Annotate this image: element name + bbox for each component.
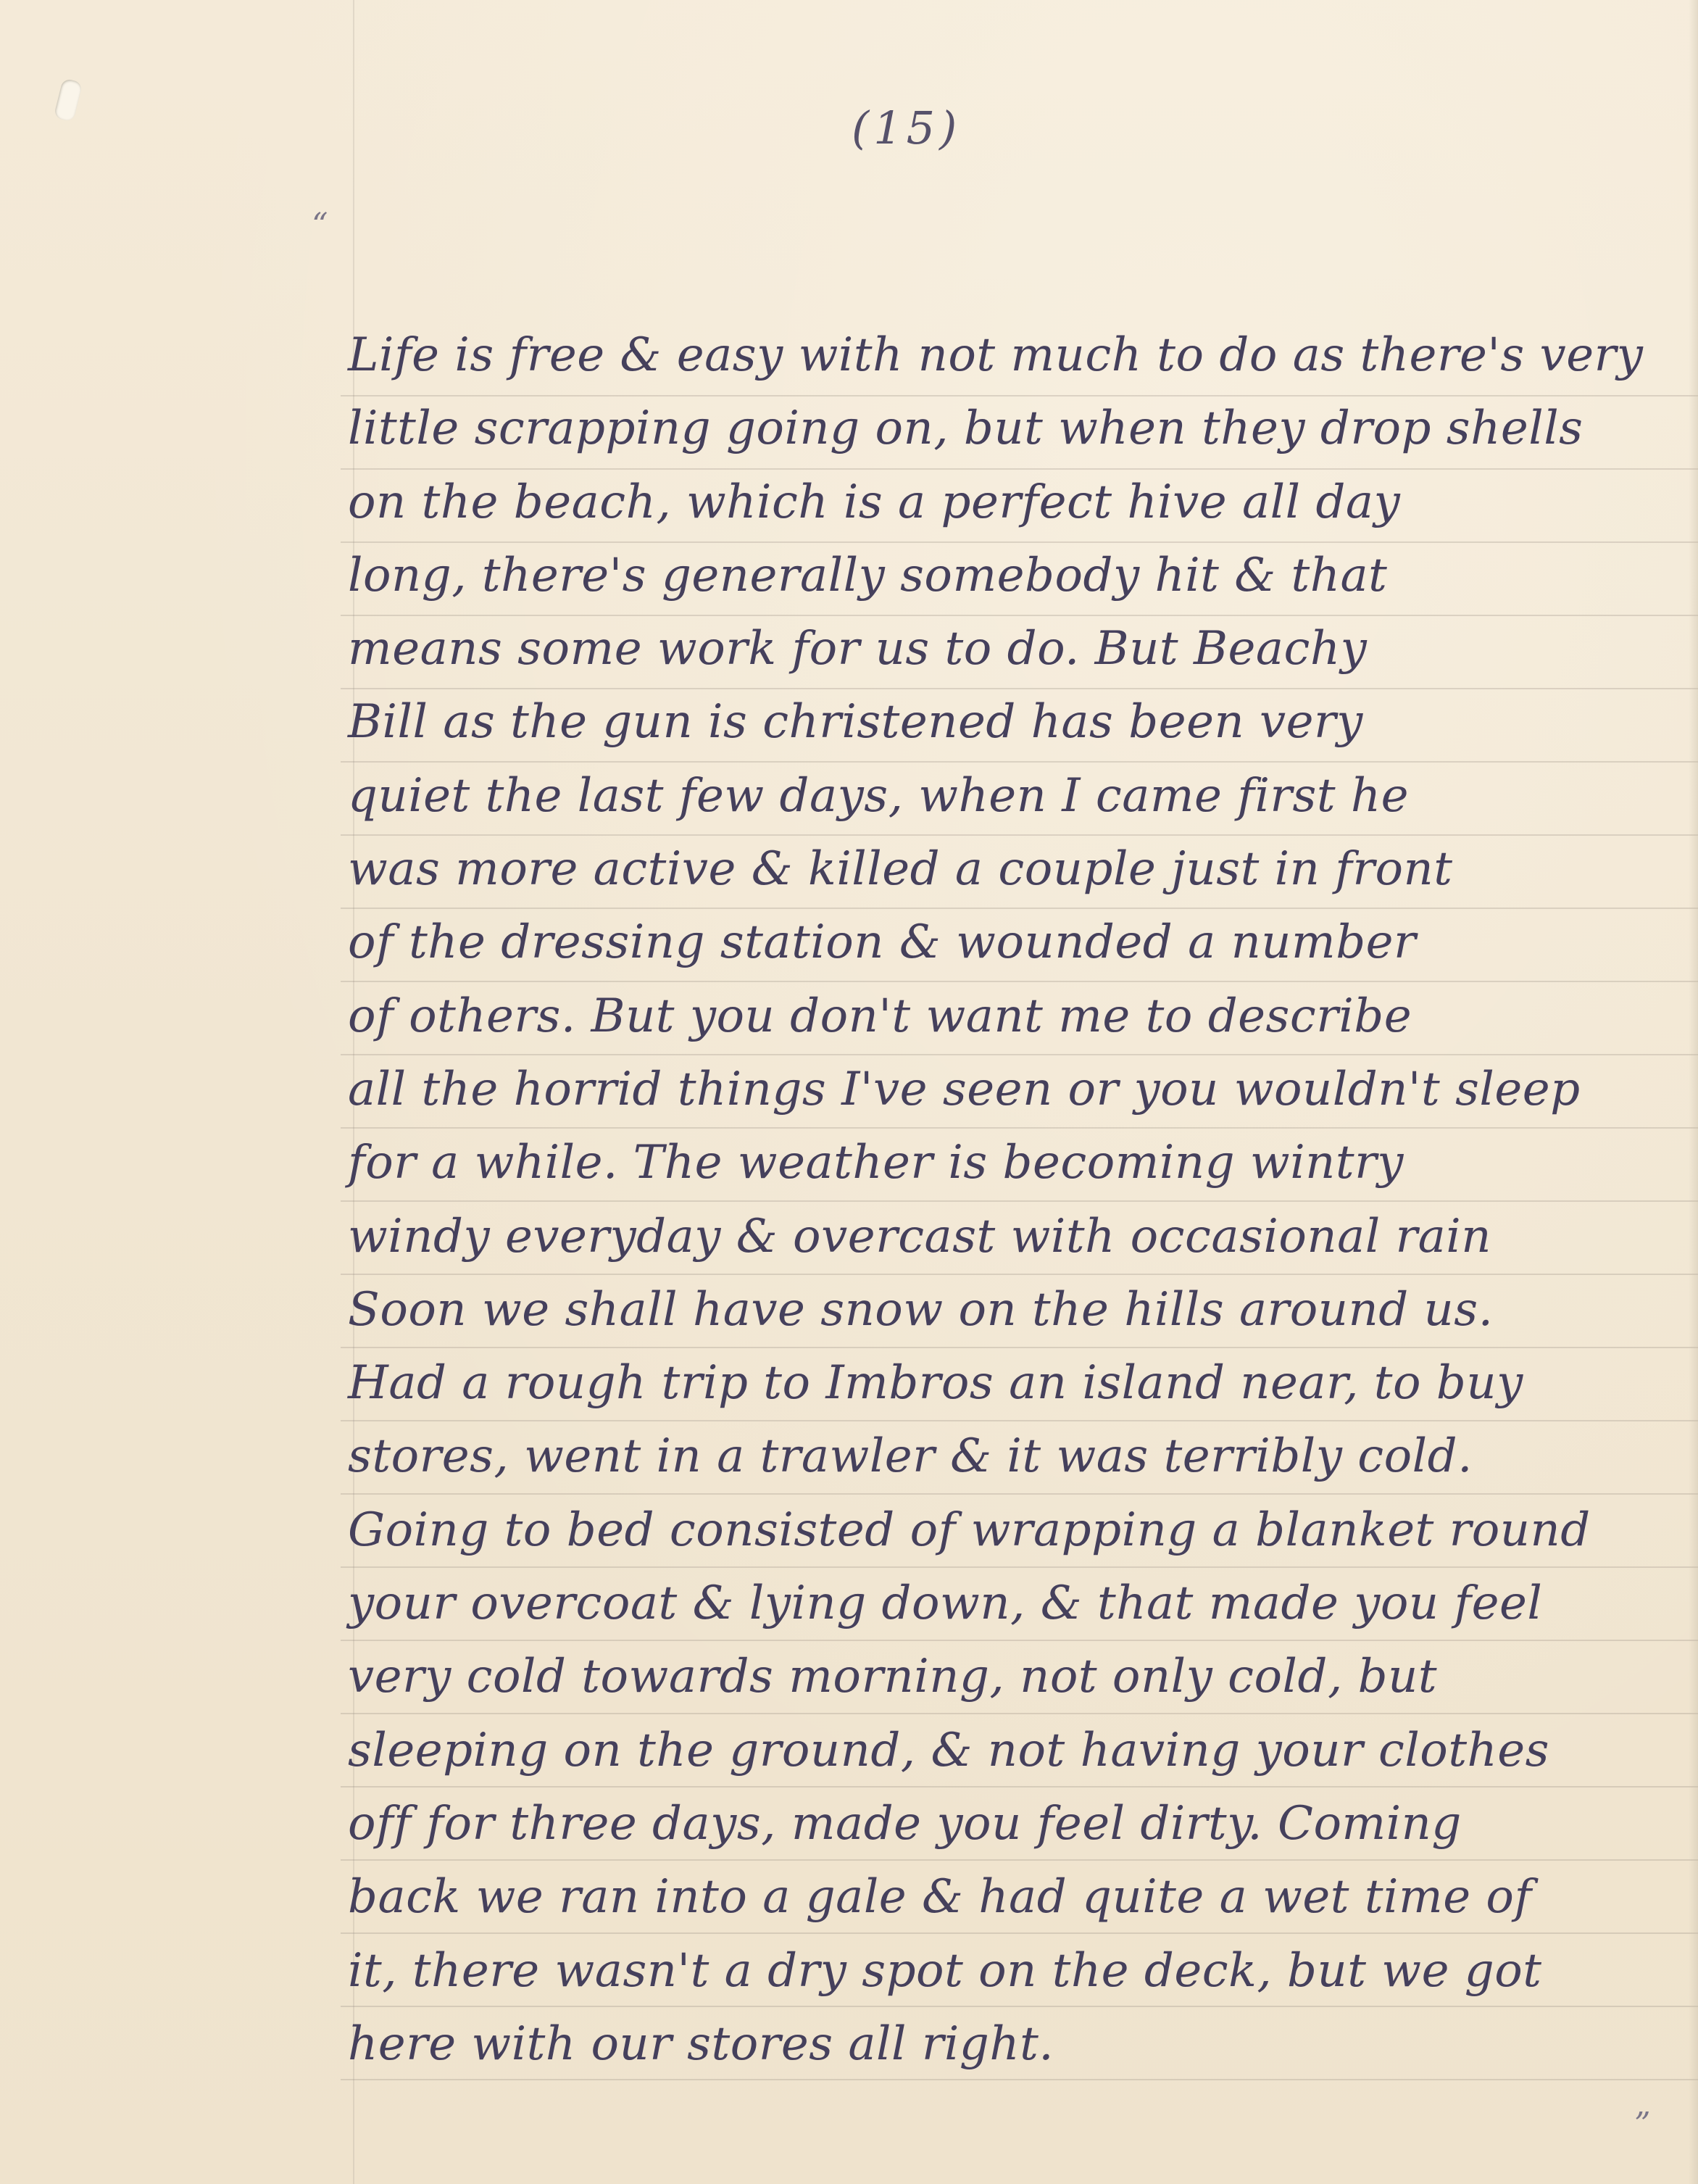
text-line: Going to bed consisted of wrapping a bla… xyxy=(348,1494,1689,1567)
text-line: stores, went in a trawler & it was terri… xyxy=(348,1420,1689,1493)
text-line: sleeping on the ground, & not having you… xyxy=(348,1714,1689,1788)
closing-quote-mark: ” xyxy=(1634,2106,1651,2143)
text-line: quiet the last few days, when I came fir… xyxy=(348,760,1689,833)
text-line: windy everyday & overcast with occasiona… xyxy=(348,1200,1689,1274)
text-line: little scrapping going on, but when they… xyxy=(348,392,1689,465)
text-line: here with our stores all right. xyxy=(348,2008,1689,2081)
text-line: your overcoat & lying down, & that made … xyxy=(348,1567,1689,1640)
punch-hole xyxy=(54,78,83,122)
text-line: off for three days, made you feel dirty.… xyxy=(348,1788,1689,1861)
text-line: of others. But you don't want me to desc… xyxy=(348,980,1689,1053)
paper-edge xyxy=(1689,0,1698,2184)
text-line: was more active & killed a couple just i… xyxy=(348,833,1689,906)
letter-body: Life is free & easy with not much to do … xyxy=(348,319,1689,2081)
text-line: Had a rough trip to Imbros an island nea… xyxy=(348,1347,1689,1420)
text-line: Soon we shall have snow on the hills aro… xyxy=(348,1274,1689,1347)
text-line: long, there's generally somebody hit & t… xyxy=(348,539,1689,613)
text-line: it, there wasn't a dry spot on the deck,… xyxy=(348,1935,1689,2008)
text-line: very cold towards morning, not only cold… xyxy=(348,1640,1689,1714)
text-line: all the horrid things I've seen or you w… xyxy=(348,1053,1689,1126)
text-line: Life is free & easy with not much to do … xyxy=(348,319,1689,392)
text-line: Bill as the gun is christened has been v… xyxy=(348,686,1689,759)
page-number: (15) xyxy=(852,101,961,154)
text-line: means some work for us to do. But Beachy xyxy=(348,613,1689,686)
text-line: on the beach, which is a perfect hive al… xyxy=(348,466,1689,539)
text-line: for a while. The weather is becoming win… xyxy=(348,1126,1689,1200)
letter-page: (15) “ Life is free & easy with not much… xyxy=(0,0,1698,2184)
opening-quote-mark: “ xyxy=(312,207,328,244)
text-line: back we ran into a gale & had quite a we… xyxy=(348,1861,1689,1934)
text-line: of the dressing station & wounded a numb… xyxy=(348,906,1689,979)
